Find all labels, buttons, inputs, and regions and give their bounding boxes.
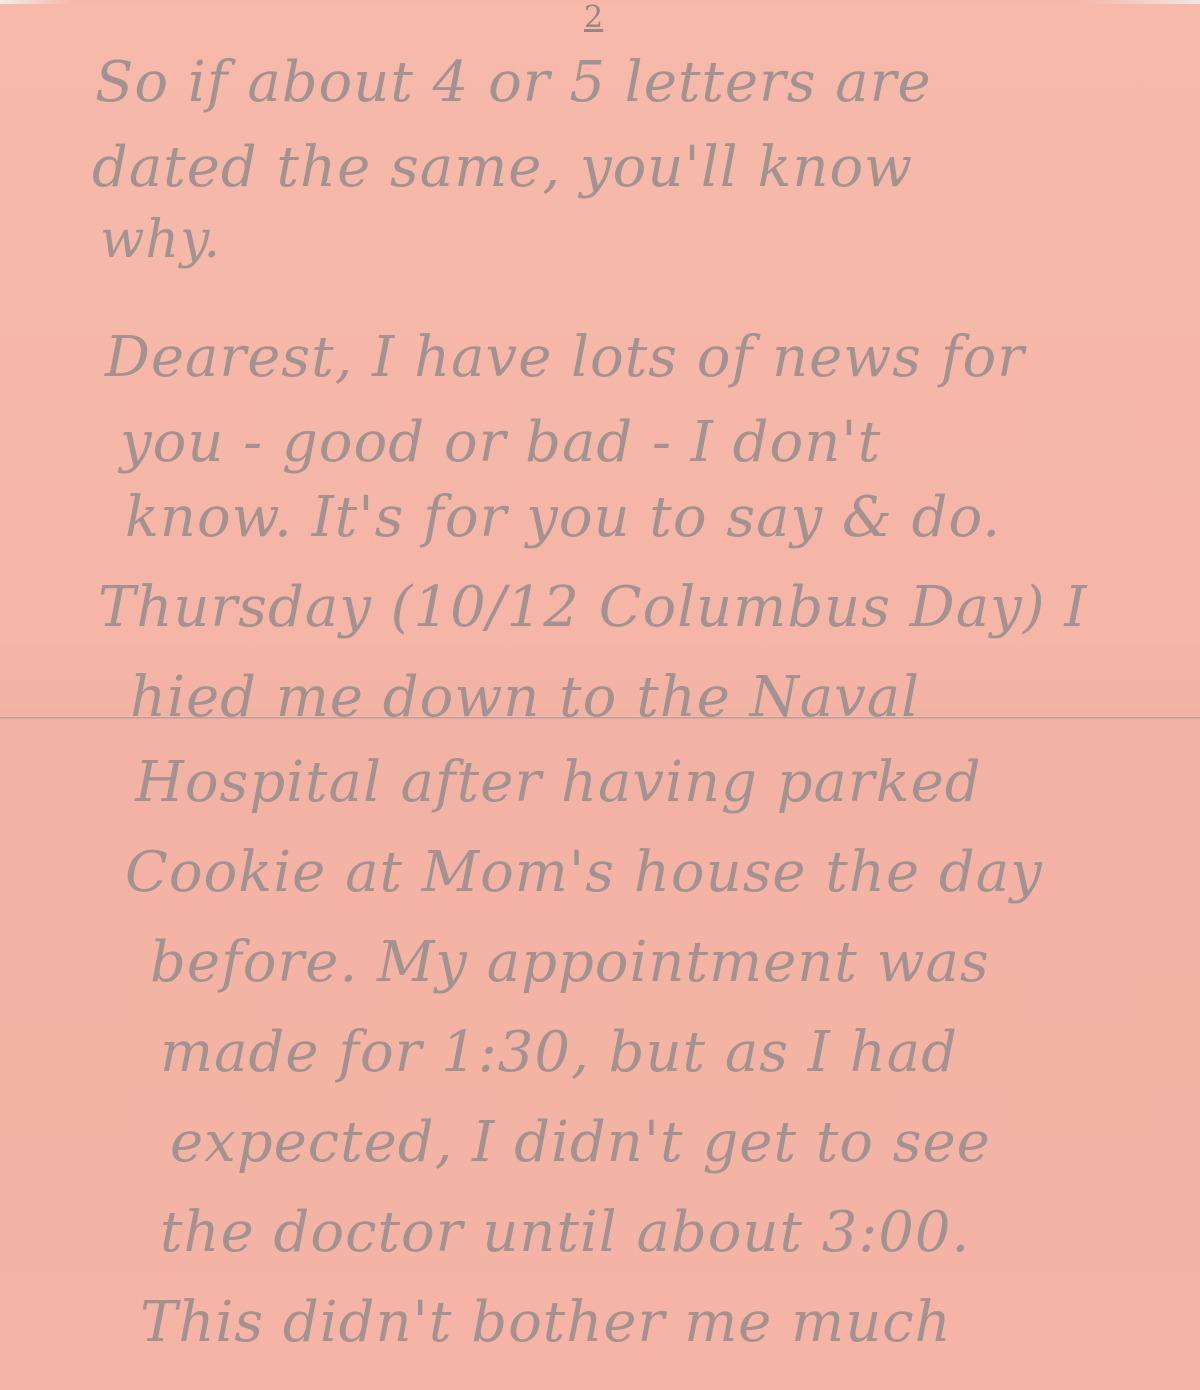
text-line: hied me down to the Naval [130,665,920,730]
text-line: This didn't bother me much [140,1290,952,1355]
text-line: expected, I didn't get to see [170,1110,991,1175]
text-line: why. [100,210,221,270]
text-line: before. My appointment was [150,930,990,995]
text-line: Hospital after having parked [135,750,982,815]
text-line: made for 1:30, but as I had [160,1020,958,1085]
text-line: Thursday (10/12 Columbus Day) I [98,575,1087,640]
text-line: the doctor until about 3:00. [160,1200,970,1265]
text-line: So if about 4 or 5 letters are [95,50,932,115]
text-line: Cookie at Mom's house the day [125,840,1043,905]
letter-page: 2 So if about 4 or 5 letters are dated t… [0,0,1200,1390]
text-line: know. It's for you to say & do. [125,485,1001,550]
text-line: Dearest, I have lots of news for [105,325,1025,390]
handwritten-text-body: So if about 4 or 5 letters are dated the… [0,0,1200,1390]
text-line: dated the same, you'll know [92,135,913,200]
text-line: you - good or bad - I don't [120,410,881,475]
